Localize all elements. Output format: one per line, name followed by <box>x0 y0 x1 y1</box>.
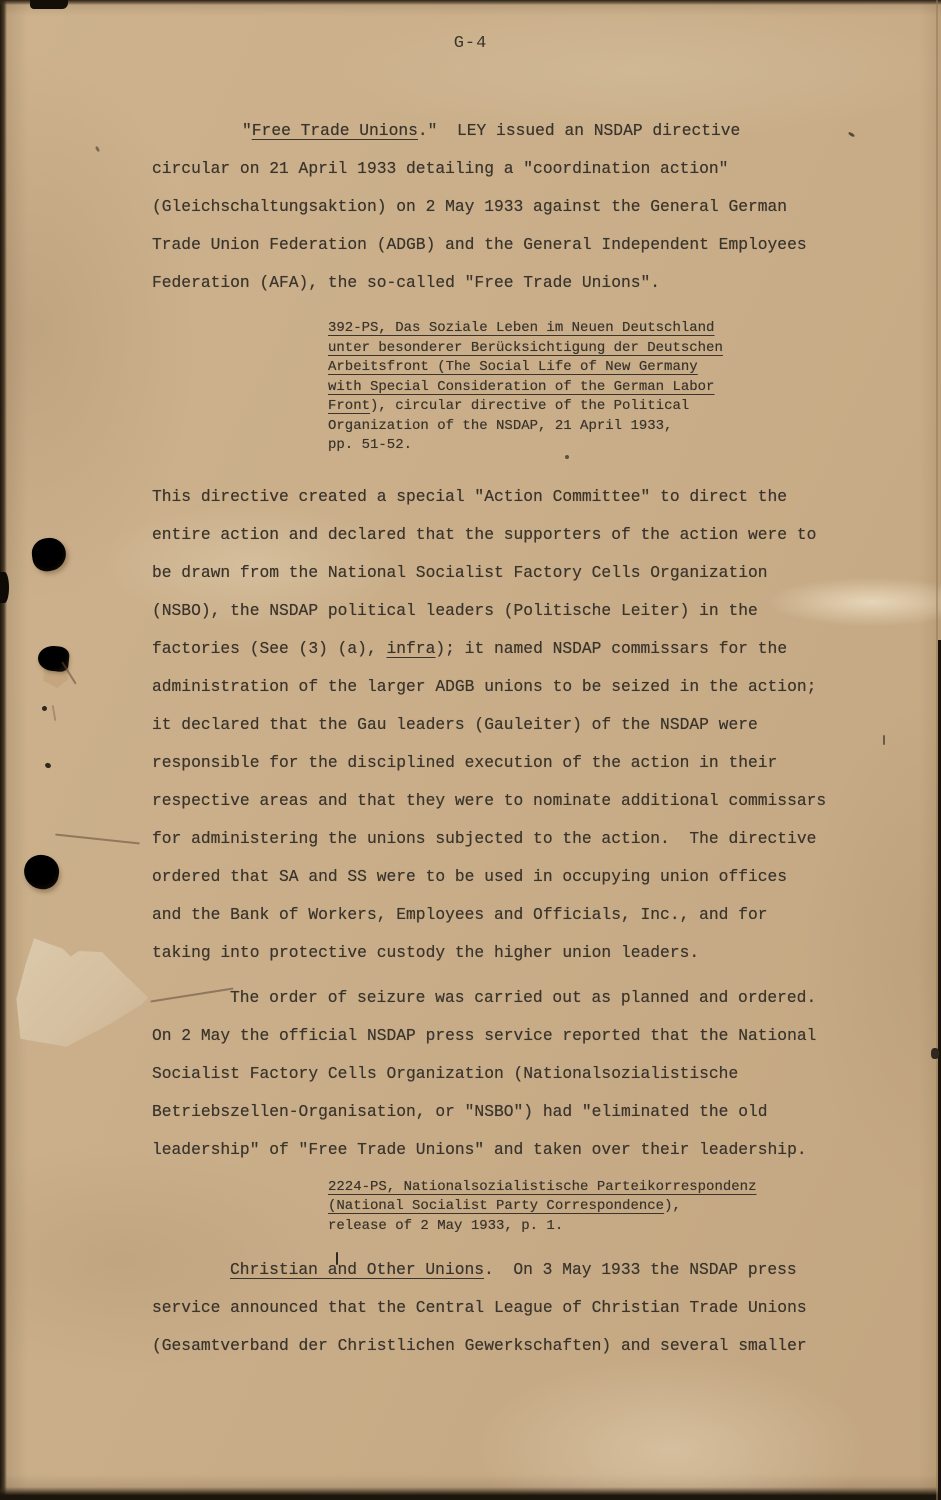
typed-line: circular on 21 April 1933 detailing a "c… <box>152 150 872 188</box>
typed-line: Christian and Other Unions. On 3 May 193… <box>152 1251 872 1289</box>
ink-speck <box>42 706 47 711</box>
typed-line: Organization of the NSDAP, 21 April 1933… <box>328 417 872 437</box>
typed-line: (Gesamtverband der Christlichen Gewerksc… <box>152 1327 872 1365</box>
ink-speck <box>565 455 569 459</box>
paper-crack <box>52 705 57 721</box>
ink-speck <box>95 146 101 153</box>
typed-line: responsible for the disciplined executio… <box>152 744 872 782</box>
scan-edge-left <box>0 0 7 1500</box>
typed-line: On 2 May the official NSDAP press servic… <box>152 1017 872 1055</box>
typed-line: Socialist Factory Cells Organization (Na… <box>152 1055 872 1093</box>
scanned-document-page: G-4 "Free Trade Unions." LEY issued an N… <box>0 0 941 1500</box>
typed-line: This directive created a special "Action… <box>152 478 872 516</box>
typed-line: "Free Trade Unions." LEY issued an NSDAP… <box>152 112 872 150</box>
typed-line: it declared that the Gau leaders (Gaulei… <box>152 706 872 744</box>
paragraph-christian-unions: Christian and Other Unions. On 3 May 193… <box>152 1251 872 1365</box>
typed-line: Betriebszellen-Organisation, or "NSBO") … <box>152 1093 872 1131</box>
typed-line: 2224-PS, Nationalsozialistische Parteiko… <box>328 1178 872 1198</box>
typed-line: for administering the unions subjected t… <box>152 820 872 858</box>
citation-392-ps: 392-PS, Das Soziale Leben im Neuen Deuts… <box>328 319 872 456</box>
scan-edge-top <box>0 0 941 5</box>
typed-line: administration of the larger ADGB unions… <box>152 668 872 706</box>
page-crease-right <box>936 0 938 1500</box>
typed-line: taking into protective custody the highe… <box>152 934 872 972</box>
typed-line: service announced that the Central Leagu… <box>152 1289 872 1327</box>
typed-line: with Special Consideration of the German… <box>328 378 872 398</box>
paper-crack <box>55 834 140 845</box>
typed-line: release of 2 May 1933, p. 1. <box>328 1217 872 1237</box>
typed-line: factories (See (3) (a), infra); it named… <box>152 630 872 668</box>
typed-line: (National Socialist Party Correspondence… <box>328 1197 872 1217</box>
typed-line: pp. 51-52. <box>328 436 872 456</box>
typed-line: (NSBO), the NSDAP political leaders (Pol… <box>152 592 872 630</box>
typed-line: The order of seizure was carried out as … <box>152 979 872 1017</box>
typed-line: Arbeitsfront (The Social Life of New Ger… <box>328 358 872 378</box>
stray-typed-mark <box>336 1252 338 1265</box>
hole-punch-bottom <box>21 852 61 892</box>
page-number: G-4 <box>0 34 941 53</box>
typed-line: Front), circular directive of the Politi… <box>328 397 872 417</box>
ink-speck <box>44 762 51 769</box>
typed-line: Federation (AFA), the so-called "Free Tr… <box>152 264 872 302</box>
scan-edge-bottom <box>0 1487 941 1500</box>
typed-line: entire action and declared that the supp… <box>152 516 872 554</box>
typed-line: and the Bank of Workers, Employees and O… <box>152 896 872 934</box>
hole-punch-top <box>30 536 68 573</box>
edge-ink-blob <box>0 572 9 603</box>
ink-speck <box>883 735 885 745</box>
citation-2224-ps: 2224-PS, Nationalsozialistische Parteiko… <box>328 1178 872 1237</box>
typed-line: respective areas and that they were to n… <box>152 782 872 820</box>
scan-corner-notch <box>30 0 68 9</box>
typed-line: be drawn from the National Socialist Fac… <box>152 554 872 592</box>
document-body: "Free Trade Unions." LEY issued an NSDAP… <box>152 112 872 1365</box>
torn-paper-patch <box>15 935 151 1049</box>
typed-line: (Gleichschaltungsaktion) on 2 May 1933 a… <box>152 188 872 226</box>
typed-line: 392-PS, Das Soziale Leben im Neuen Deuts… <box>328 319 872 339</box>
paragraph-free-trade-unions: "Free Trade Unions." LEY issued an NSDAP… <box>152 112 872 302</box>
typed-line: ordered that SA and SS were to be used i… <box>152 858 872 896</box>
paragraph-action-committee: This directive created a special "Action… <box>152 478 872 972</box>
typed-line: unter besonderer Berücksichtigung der De… <box>328 339 872 359</box>
typed-line: leadership" of "Free Trade Unions" and t… <box>152 1131 872 1169</box>
edge-notch <box>931 1048 939 1059</box>
paragraph-order-of-seizure: The order of seizure was carried out as … <box>152 979 872 1169</box>
typed-line: Trade Union Federation (ADGB) and the Ge… <box>152 226 872 264</box>
